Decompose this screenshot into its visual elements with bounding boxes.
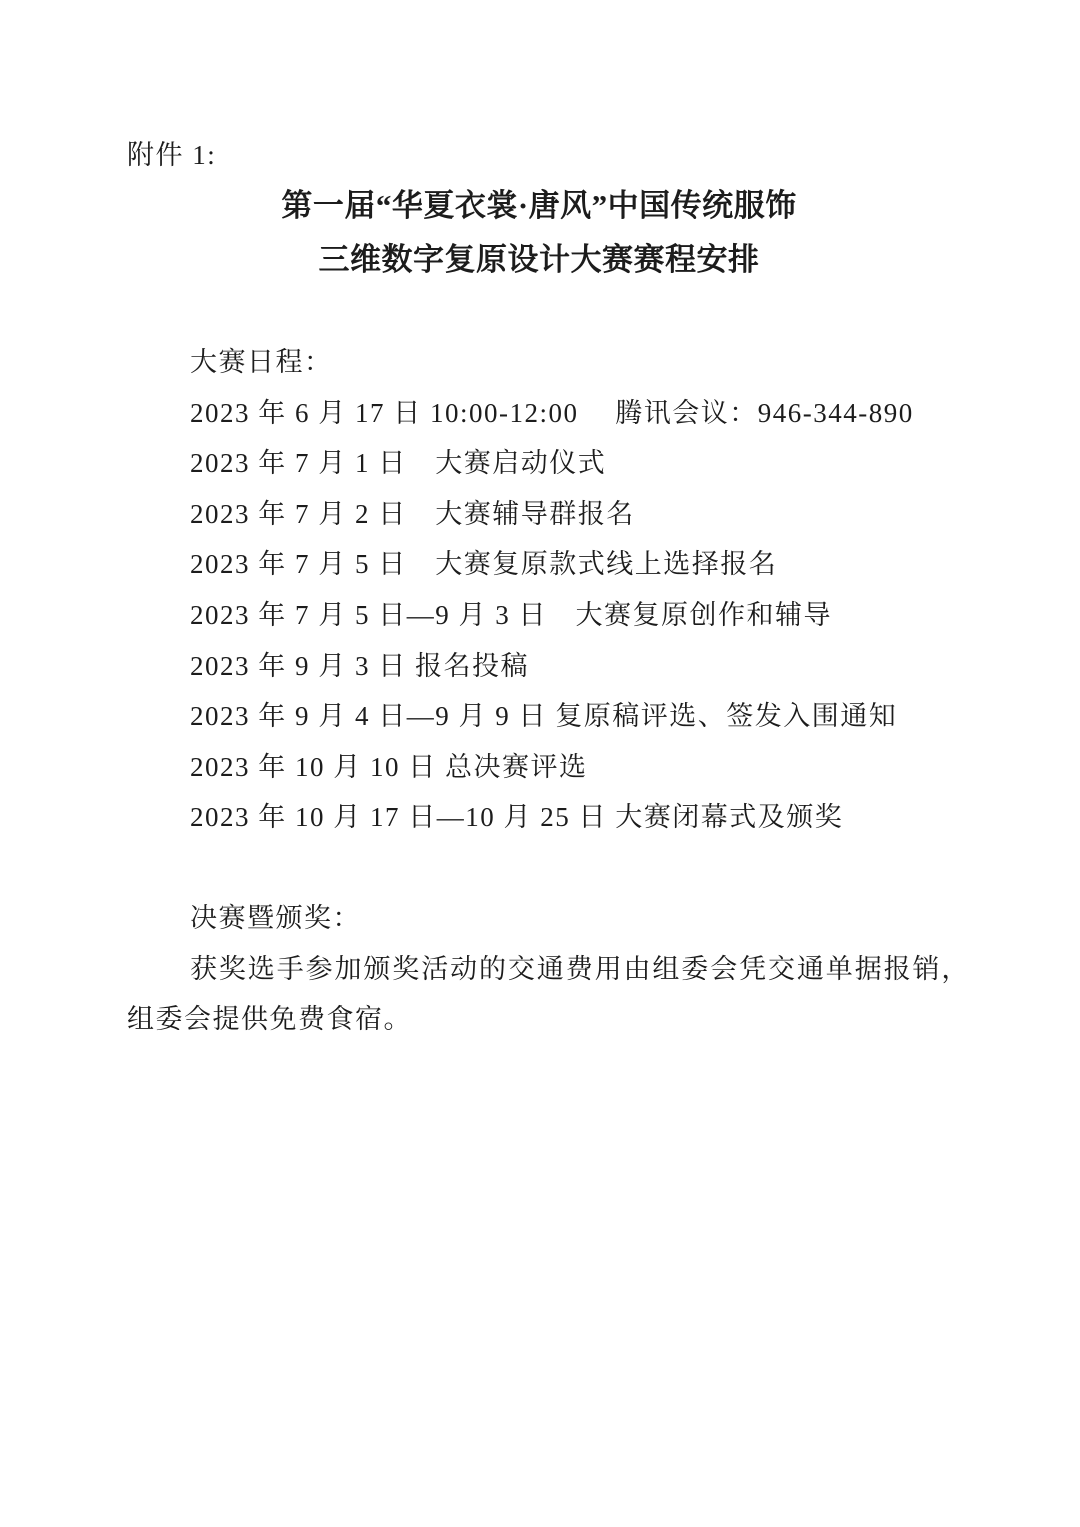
schedule-item-5: 2023 年 7 月 5 日—9 月 3 日 大赛复原创作和辅导 (190, 590, 914, 641)
document-title: 第一届“华夏衣裳·唐风”中国传统服饰 三维数字复原设计大赛赛程安排 (127, 179, 951, 287)
document-page: 附件 1: 第一届“华夏衣裳·唐风”中国传统服饰 三维数字复原设计大赛赛程安排 … (0, 0, 1080, 1527)
schedule-heading: 大赛日程： (190, 337, 914, 388)
schedule-item-3: 2023 年 7 月 2 日 大赛辅导群报名 (190, 489, 914, 540)
document-title-line-2: 三维数字复原设计大赛赛程安排 (127, 233, 951, 287)
schedule-item-7: 2023 年 9 月 4 日—9 月 9 日 复原稿评选、签发入围通知 (190, 691, 914, 742)
schedule-item-4: 2023 年 7 月 5 日 大赛复原款式线上选择报名 (190, 539, 914, 590)
finals-section: 决赛暨颁奖： 获奖选手参加颁奖活动的交通费用由组委会凭交通单据报销， 组委会提供… (127, 893, 970, 1045)
schedule-item-6: 2023 年 9 月 3 日 报名投稿 (190, 641, 914, 692)
schedule-section: 大赛日程： 2023 年 6 月 17 日 10:00-12:00 腾讯会议：9… (190, 337, 914, 843)
document-title-line-1: 第一届“华夏衣裳·唐风”中国传统服饰 (127, 179, 951, 233)
schedule-item-2: 2023 年 7 月 1 日 大赛启动仪式 (190, 438, 914, 489)
schedule-item-8: 2023 年 10 月 10 日 总决赛评选 (190, 742, 914, 793)
finals-heading: 决赛暨颁奖： (127, 893, 970, 944)
finals-paragraph-line-1: 获奖选手参加颁奖活动的交通费用由组委会凭交通单据报销， (127, 944, 970, 995)
attachment-label: 附件 1: (127, 133, 216, 172)
schedule-item-1: 2023 年 6 月 17 日 10:00-12:00 腾讯会议：946-344… (190, 388, 914, 439)
schedule-item-9: 2023 年 10 月 17 日—10 月 25 日 大赛闭幕式及颁奖 (190, 792, 914, 843)
finals-paragraph-line-2: 组委会提供免费食宿。 (127, 994, 970, 1045)
